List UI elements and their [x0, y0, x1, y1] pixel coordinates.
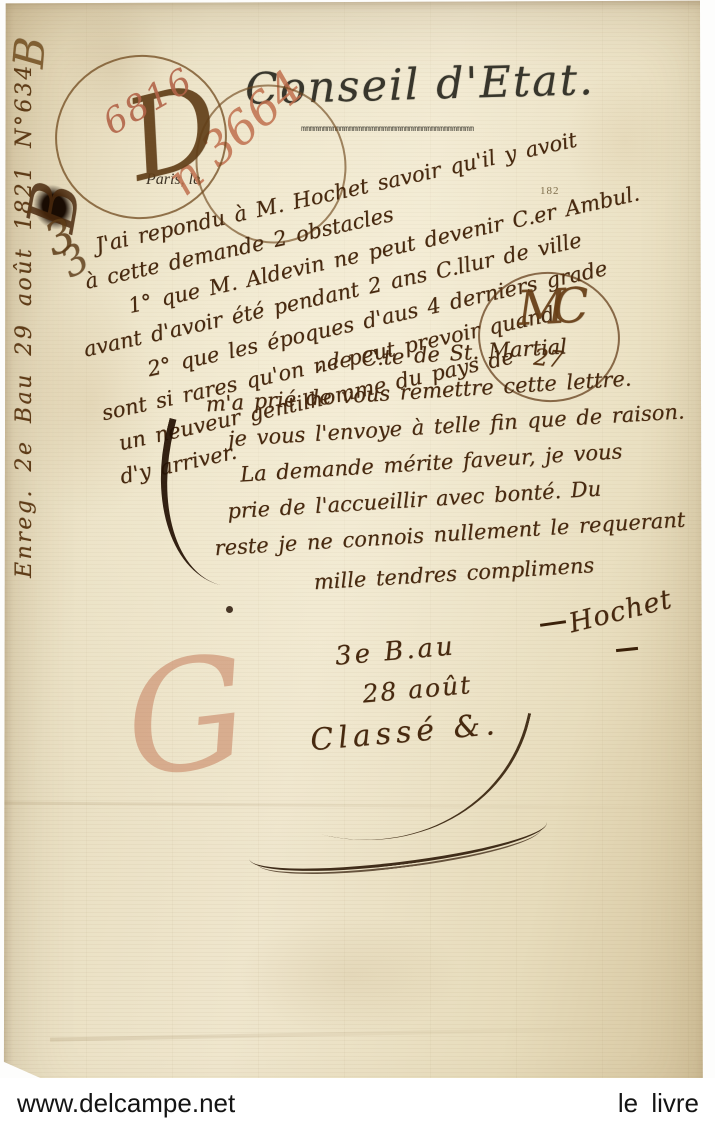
letter-paper: Conseil d'Etat. mmmmmmmmmmmmmmmmmmmmmmmm… — [0, 0, 715, 1132]
paper-crease — [50, 1026, 630, 1041]
margin-registry-note: Enreg. 2e Bau 29 août 1821 N°634 — [12, 63, 37, 578]
monogram-initials: MC — [516, 278, 577, 337]
watermark-site-url: www.delcampe.net — [17, 1088, 235, 1119]
scanned-letter-photo: Conseil d'Etat. mmmmmmmmmmmmmmmmmmmmmmmm… — [0, 0, 715, 1132]
watermark-bar: www.delcampe.net le livre — [0, 1078, 715, 1132]
ink-dot — [226, 606, 233, 613]
signature: Hochet — [566, 584, 676, 640]
classement-bureau: 3e B.au — [334, 628, 494, 672]
signature-dash — [540, 620, 566, 626]
paper-stain — [190, 890, 510, 1060]
red-chalk-paraph: G — [116, 621, 258, 811]
signature-dash — [616, 647, 638, 652]
watermark-category: le livre — [618, 1088, 699, 1119]
